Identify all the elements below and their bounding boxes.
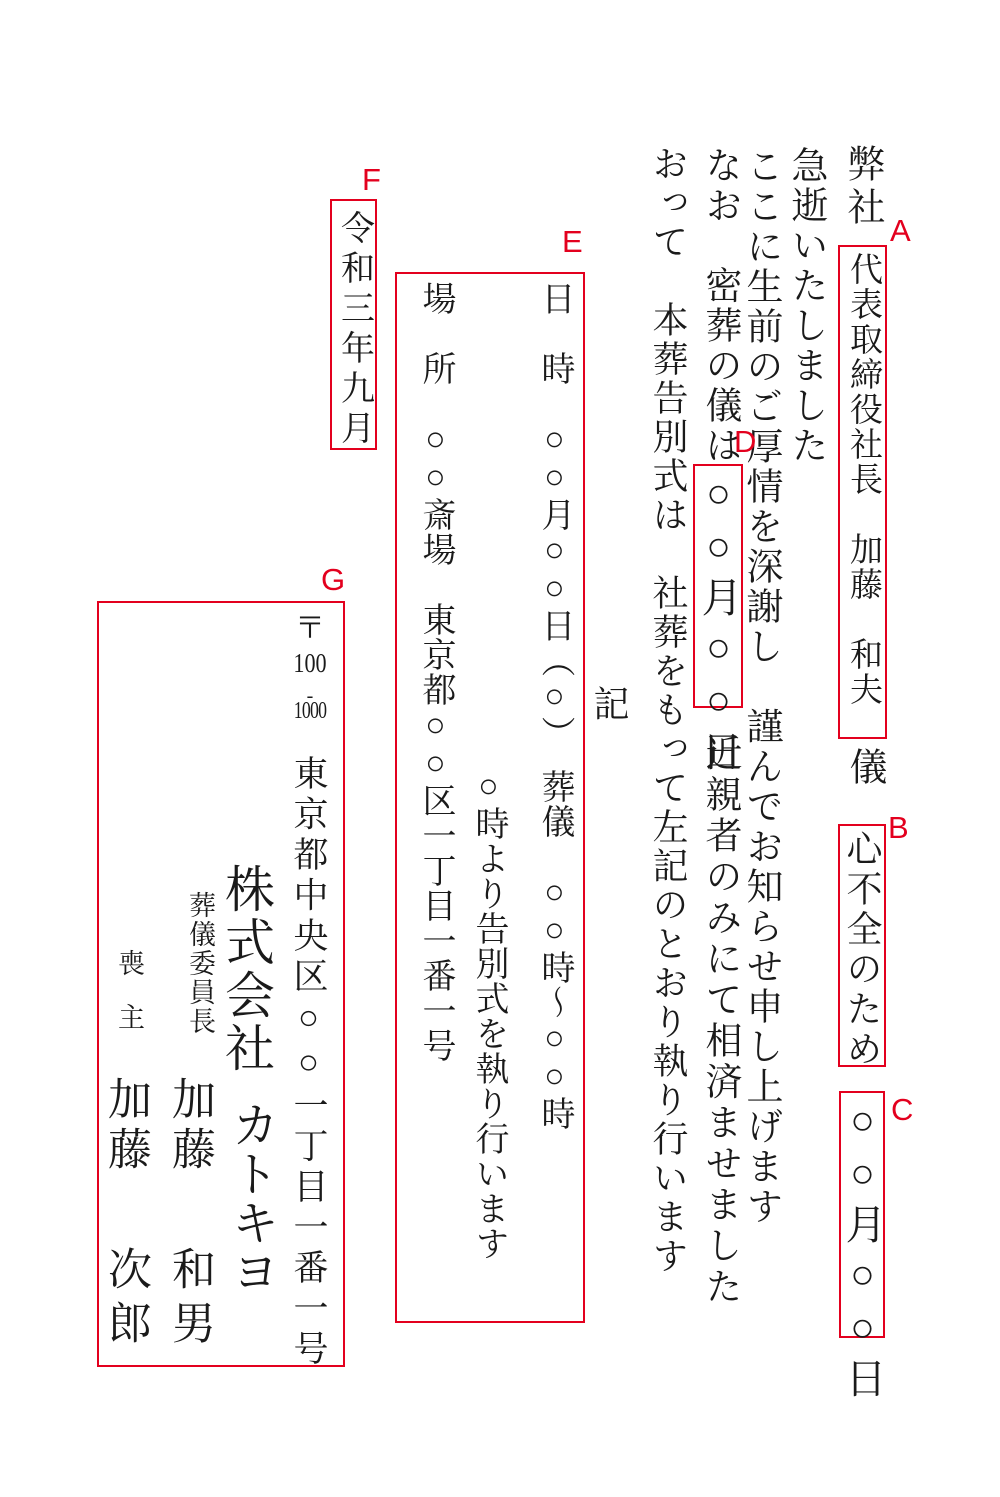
honorific-text: 儀 — [845, 747, 883, 785]
opening-text: 弊社 — [843, 144, 881, 230]
field-d-label: D — [734, 426, 756, 457]
issue-date-text: 令和三年九月 — [337, 210, 371, 450]
field-c-text: ○○月○○日 — [842, 1097, 883, 1405]
mourner-givenname-text: 次郎 — [103, 1246, 147, 1354]
field-f-label: F — [362, 164, 381, 195]
mourner-role-text: 喪 主 — [115, 949, 142, 1030]
field-g-label: G — [321, 564, 345, 595]
farewell-note-line: ○時より告別式を執り行います — [471, 768, 505, 1261]
postal-code-upper: 100 — [292, 650, 328, 686]
field-c-label: C — [891, 1094, 913, 1125]
gratitude-line: ここに生前のご厚情を深謝し 謹んでお知らせ申し上げます — [742, 147, 779, 1227]
chairman-role-text: 葬儀委員長 — [186, 891, 213, 1036]
company-type-text: 株式会社 — [221, 863, 271, 1075]
field-f-box[interactable]: 令和三年九月 — [330, 199, 377, 450]
field-c-box[interactable]: ○○月○○日 — [839, 1091, 885, 1338]
chairman-givenname-text: 和男 — [167, 1246, 211, 1354]
company-name-text: カトキヨ — [226, 1100, 274, 1296]
sudden-death-line: 急逝いたしました — [787, 146, 824, 466]
field-b-text: 心不全のため — [844, 830, 880, 1070]
datetime-line: 日 時 ○○月○○日（○） 葬儀 ○○時～○○時 — [537, 281, 571, 1131]
field-a-text: 代表取締役社長 加藤 和夫 — [846, 252, 879, 707]
place-line: 場 所 ○○斎場 東京都○○区一丁目一番一号 — [418, 281, 452, 1063]
private-funeral-line-pre: なお 密葬の儀は — [701, 146, 738, 466]
record-marker: 記 — [591, 685, 627, 721]
field-a-label: A — [890, 215, 911, 246]
postal-mark: 〒 — [288, 614, 332, 650]
field-d-text: ○○月○○日 — [698, 470, 739, 778]
mourner-surname-text: 加藤 — [103, 1076, 147, 1176]
field-e-label: E — [562, 226, 583, 257]
chairman-surname-text: 加藤 — [167, 1076, 211, 1176]
field-d-box[interactable]: ○○月○○日 — [693, 464, 743, 708]
postal-code-lower: 1000 — [294, 699, 327, 729]
funeral-notice-proof-sheet: 弊社 代表取締役社長 加藤 和夫 A 儀 心不全のため B ○○月○○日 C 急… — [0, 0, 1000, 1497]
private-funeral-line-post: 近親者のみにて相済ませました — [701, 734, 738, 1308]
postal-code-block: 〒 100 - 1000 — [288, 614, 332, 729]
field-b-box[interactable]: 心不全のため — [838, 824, 886, 1067]
field-a-box[interactable]: 代表取締役社長 加藤 和夫 — [838, 245, 887, 739]
company-funeral-line: おって 本葬告別式は 社葬をもって左記のとおり執り行います — [650, 145, 686, 1276]
field-b-label: B — [888, 812, 909, 843]
sender-address: 東京都中央区○○一丁目一番一号 — [291, 755, 326, 1371]
